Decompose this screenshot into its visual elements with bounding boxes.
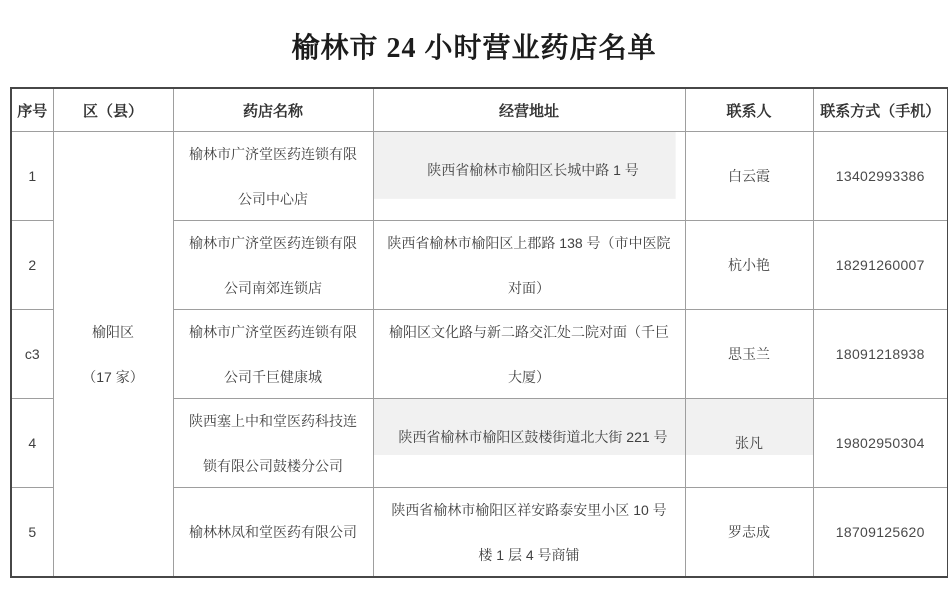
pharmacy-name-line: 公司南郊连锁店 bbox=[174, 279, 373, 297]
no-cell: 5 bbox=[11, 488, 53, 578]
address-line: 对面） bbox=[378, 279, 681, 297]
header-name: 药店名称 bbox=[173, 88, 373, 132]
phone-cell: 13402993386 bbox=[813, 132, 948, 221]
table-row: 1 榆阳区 （17 家） 榆林市广济堂医药连锁有限 公司中心店 陕西省榆林市榆阳… bbox=[11, 132, 948, 221]
pharmacy-name-cell: 榆林市广济堂医药连锁有限 公司千巨健康城 bbox=[173, 310, 373, 399]
address-line: 楼 1 层 4 号商铺 bbox=[378, 546, 681, 564]
address-line: 陕西省榆林市榆阳区上郡路 138 号（市中医院 bbox=[378, 234, 681, 252]
address-line: 陕西省榆林市榆阳区祥安路泰安里小区 10 号 bbox=[378, 501, 681, 519]
address-cell: 陕西省榆林市榆阳区长城中路 1 号 bbox=[373, 132, 685, 221]
pharmacy-name-line: 陕西塞上中和堂医药科技连 bbox=[174, 412, 373, 430]
address-cell: 陕西省榆林市榆阳区鼓楼街道北大街 221 号 bbox=[373, 399, 685, 488]
pharmacy-name-line: 公司千巨健康城 bbox=[174, 368, 373, 386]
no-cell: 1 bbox=[11, 132, 53, 221]
pharmacy-name-line: 榆林市广济堂医药连锁有限 bbox=[174, 323, 373, 341]
phone-cell: 18291260007 bbox=[813, 221, 948, 310]
address-cell: 榆阳区文化路与新二路交汇处二院对面（千巨 大厦） bbox=[373, 310, 685, 399]
pharmacy-name-cell: 陕西塞上中和堂医药科技连 锁有限公司鼓楼分公司 bbox=[173, 399, 373, 488]
address-line: 榆阳区文化路与新二路交汇处二院对面（千巨 bbox=[378, 323, 681, 341]
phone-cell: 18091218938 bbox=[813, 310, 948, 399]
pharmacy-name-line: 榆林市广济堂医药连锁有限 bbox=[174, 234, 373, 252]
address-cell: 陕西省榆林市榆阳区祥安路泰安里小区 10 号 楼 1 层 4 号商铺 bbox=[373, 488, 685, 578]
pharmacy-name-line: 榆林林凤和堂医药有限公司 bbox=[174, 523, 373, 541]
pharmacy-name-line: 公司中心店 bbox=[174, 190, 373, 208]
contact-cell: 白云霞 bbox=[685, 132, 813, 221]
phone-cell: 18709125620 bbox=[813, 488, 948, 578]
address-line: 陕西省榆林市榆阳区长城中路 1 号 bbox=[382, 161, 685, 179]
page-title: 榆林市 24 小时营业药店名单 bbox=[0, 0, 948, 66]
address-line: 大厦） bbox=[378, 368, 681, 386]
no-cell: 4 bbox=[11, 399, 53, 488]
contact-cell: 杭小艳 bbox=[685, 221, 813, 310]
pharmacy-name-line: 榆林市广济堂医药连锁有限 bbox=[174, 145, 373, 163]
contact-cell: 张凡 bbox=[685, 399, 813, 488]
pharmacy-table: 序号 区（县） 药店名称 经营地址 联系人 联系方式（手机） 1 榆阳区 （17… bbox=[10, 87, 948, 578]
header-contact: 联系人 bbox=[685, 88, 813, 132]
no-cell: c3 bbox=[11, 310, 53, 399]
pharmacy-name-line: 锁有限公司鼓楼分公司 bbox=[174, 457, 373, 475]
no-cell: 2 bbox=[11, 221, 53, 310]
pharmacy-name-cell: 榆林林凤和堂医药有限公司 bbox=[173, 488, 373, 578]
pharmacy-name-cell: 榆林市广济堂医药连锁有限 公司南郊连锁店 bbox=[173, 221, 373, 310]
contact-cell: 罗志成 bbox=[685, 488, 813, 578]
header-address: 经营地址 bbox=[373, 88, 685, 132]
pharmacy-name-cell: 榆林市广济堂医药连锁有限 公司中心店 bbox=[173, 132, 373, 221]
address-line: 陕西省榆林市榆阳区鼓楼街道北大街 221 号 bbox=[382, 428, 685, 446]
header-no: 序号 bbox=[11, 88, 53, 132]
header-row: 序号 区（县） 药店名称 经营地址 联系人 联系方式（手机） bbox=[11, 88, 948, 132]
district-count: （17 家） bbox=[54, 368, 173, 386]
address-cell: 陕西省榆林市榆阳区上郡路 138 号（市中医院 对面） bbox=[373, 221, 685, 310]
district-name: 榆阳区 bbox=[54, 323, 173, 341]
phone-cell: 19802950304 bbox=[813, 399, 948, 488]
contact-cell: 思玉兰 bbox=[685, 310, 813, 399]
district-cell: 榆阳区 （17 家） bbox=[53, 132, 173, 578]
header-district: 区（县） bbox=[53, 88, 173, 132]
header-phone: 联系方式（手机） bbox=[813, 88, 948, 132]
